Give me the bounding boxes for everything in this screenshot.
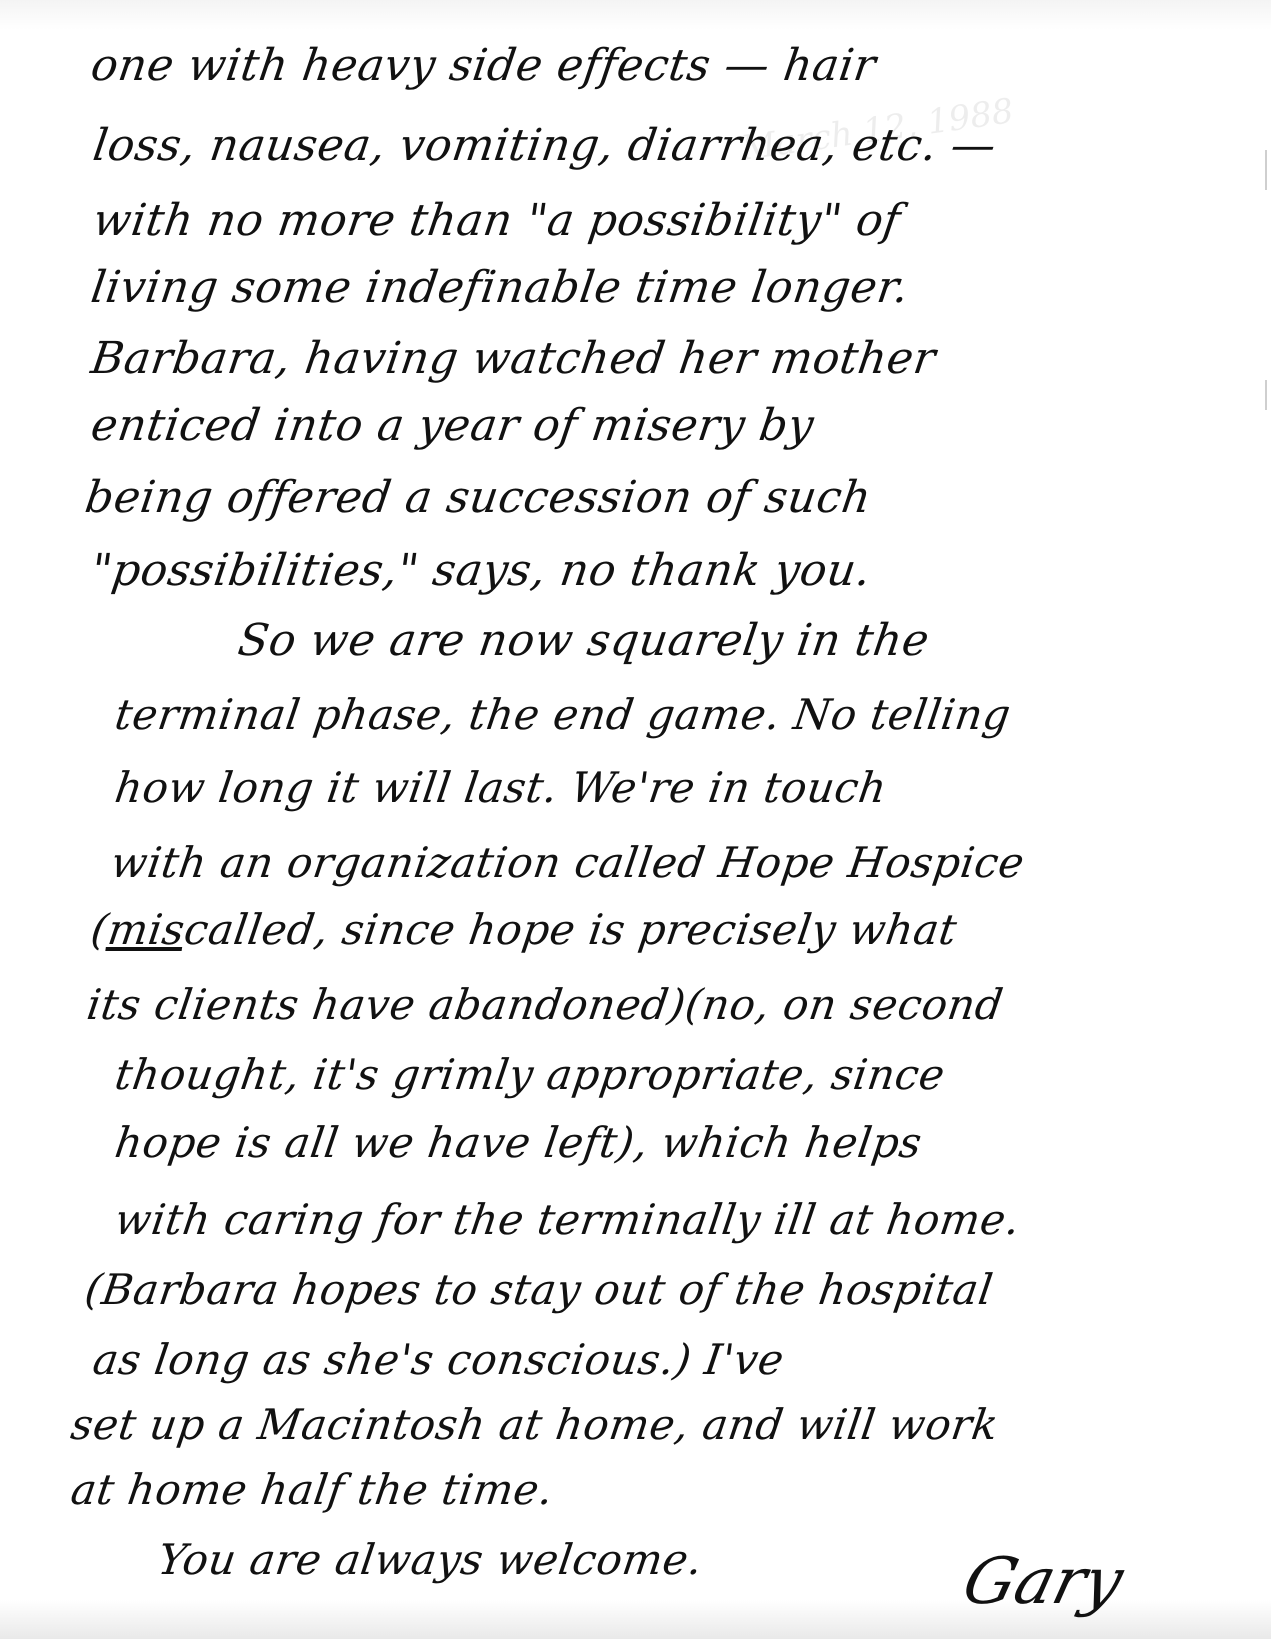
letter-line: living some indefinable time longer. (88, 262, 912, 313)
letter-line: (miscalled, since hope is precisely what (88, 905, 960, 954)
letter-line: as long as she's conscious.) I've (90, 1335, 787, 1384)
letter-line: being offered a succession of such (82, 472, 874, 523)
letter-line: with caring for the terminally ill at ho… (112, 1195, 1023, 1244)
letter-line: hope is all we have left), which helps (112, 1118, 925, 1167)
letter-line: with an organization called Hope Hospice (108, 838, 1028, 887)
page-edge-mark (1265, 380, 1267, 410)
letter-line: You are always welcome. (155, 1535, 706, 1584)
letter-line: terminal phase, the end game. No telling (112, 690, 1014, 739)
letter-line: loss, nausea, vomiting, diarrhea, etc. — (90, 120, 999, 171)
letter-line: thought, it's grimly appropriate, since (112, 1050, 948, 1099)
letter-line: at home half the time. (68, 1465, 556, 1514)
letter-line: "possibilities," says, no thank you. (88, 545, 874, 596)
letter-page: March 12, 1988 one with heavy side effec… (0, 0, 1271, 1639)
letter-line: with no more than "a possibility" of (90, 195, 904, 246)
letter-line: Barbara, having watched her mother (88, 333, 939, 384)
letter-line: how long it will last. We're in touch (112, 763, 890, 812)
letter-line: So we are now squarely in the (235, 615, 933, 666)
signature: Gary (956, 1545, 1130, 1619)
letter-line: enticed into a year of misery by (88, 400, 817, 451)
letter-line: its clients have abandoned)(no, on secon… (84, 980, 1006, 1029)
page-edge-mark (1265, 150, 1267, 190)
letter-line: one with heavy side effects — hair (88, 40, 879, 91)
letter-line: (Barbara hopes to stay out of the hospit… (82, 1265, 996, 1314)
letter-line: set up a Macintosh at home, and will wor… (68, 1400, 1002, 1449)
